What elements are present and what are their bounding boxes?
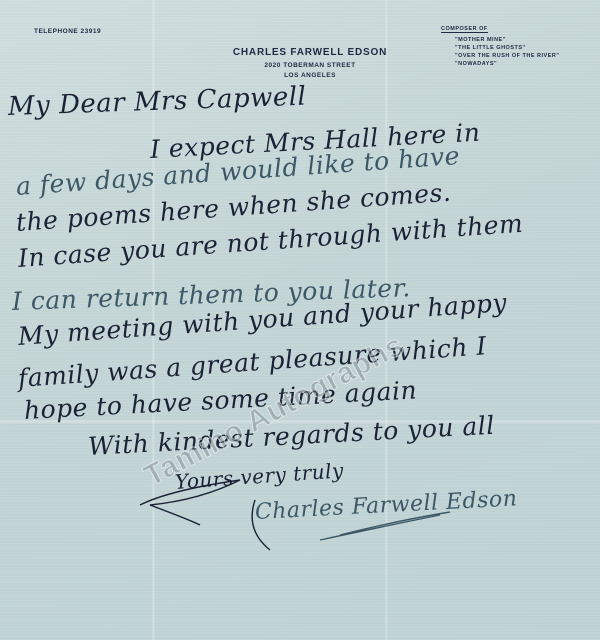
signature-flourish-icon	[0, 0, 600, 640]
